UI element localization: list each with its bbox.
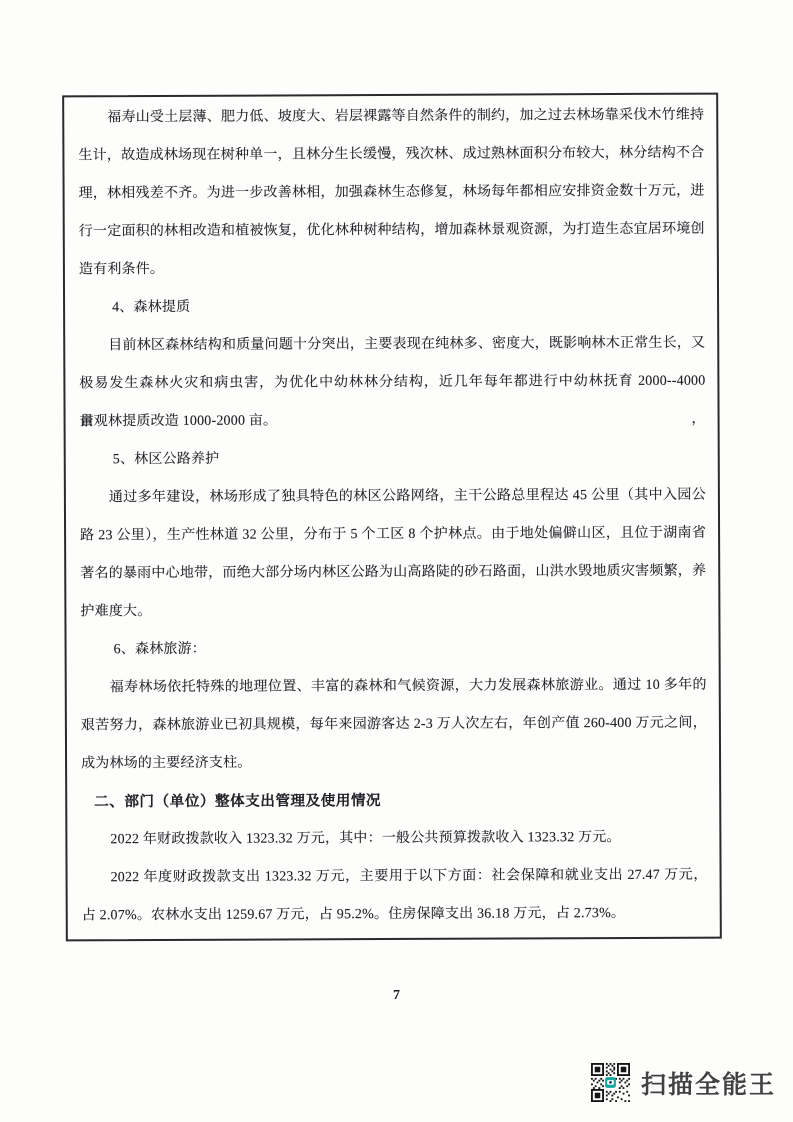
doc-line: 艰苦努力，森林旅游业已初具规模，每年来园游客达 2-3 万人次左右，年创产值 2… [81, 705, 707, 746]
scanner-watermark: 扫描全能王 创建 [591, 1063, 793, 1102]
doc-line: 占 2.07%。农林水支出 1259.67 万元，占 95.2%。住房保障支出 … [82, 895, 708, 936]
doc-line: 极易发生森林火灾和病虫害，为优化中幼林林分结构，近几年每年都进行中幼林抚育 20… [79, 363, 705, 404]
subsection-heading: 6、森林旅游： [80, 629, 706, 670]
doc-line: 著名的暴雨中心地带，而绝大部分场内林区公路为山高路陡的砂石路面，山洪水毁地质灾害… [80, 553, 706, 594]
doc-line: 路 23 公里），生产性林道 32 公里，分布于 5 个工区 8 个护林点。由于… [80, 515, 706, 556]
scanned-page: 福寿山受土层薄、肥力低、坡度大、岩层裸露等自然条件的制约，加之过去林场靠采伐木竹… [0, 0, 793, 1122]
doc-line: 福寿林场依托特殊的地理位置、丰富的森林和气候资源，大力发展森林旅游业。通过 10… [81, 667, 707, 708]
subsection-heading: 5、林区公路养护 [80, 439, 706, 480]
doc-line: 2022 年度财政拨款支出 1323.32 万元，主要用于以下方面：社会保障和就… [81, 857, 707, 898]
doc-line: 成为林场的主要经济支柱。 [81, 743, 707, 784]
qr-code-icon [591, 1063, 630, 1102]
doc-line: 护难度大。 [80, 591, 706, 632]
doc-line: 造有利条件。 [79, 249, 705, 290]
doc-line: 通过多年建设，林场形成了独具特色的林区公路网络，主干公路总里程达 45 公里（其… [80, 477, 706, 518]
doc-line: 目前林区森林结构和质量问题十分突出，主要表现在纯林多、密度大，既影响林木正常生长… [79, 325, 705, 366]
subsection-heading: 4、森林提质 [79, 287, 705, 328]
watermark-text: 扫描全能王 创建 [641, 1065, 793, 1101]
doc-line: 生计，故造成林场现在树种单一，且林分生长缓慢，残次林、成过熟林面积分布较大，林分… [78, 135, 704, 176]
doc-line: 2022 年财政拨款收入 1323.32 万元，其中：一般公共预算拨款收入 13… [81, 819, 707, 860]
document-border-box: 福寿山受土层薄、肥力低、坡度大、岩层裸露等自然条件的制约，加之过去林场靠采伐木竹… [62, 93, 722, 942]
doc-line: 理，林相残差不齐。为进一步改善林相，加强森林生态修复，林场每年都相应安排资金数十… [79, 173, 705, 214]
doc-line: 行一定面积的林相改造和植被恢复，优化林种树种结构，增加森林景观资源，为打造生态宜… [79, 211, 705, 252]
page-number: 7 [0, 988, 793, 1004]
section-heading: 二、部门（单位）整体支出管理及使用情况 [81, 781, 707, 822]
doc-line: 福寿山受土层薄、肥力低、坡度大、岩层裸露等自然条件的制约，加之过去林场靠采伐木竹… [78, 97, 704, 138]
